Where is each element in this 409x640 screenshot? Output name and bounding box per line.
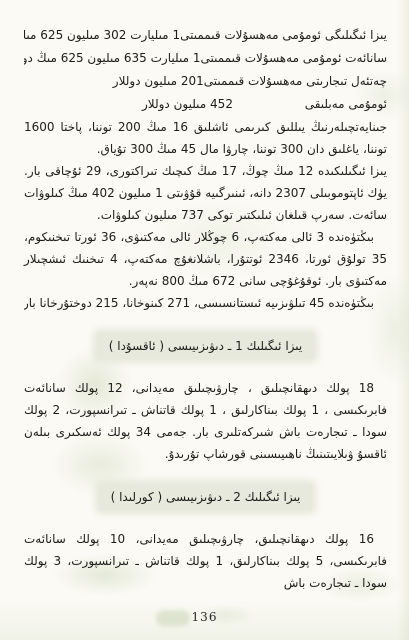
- stat-label: سانائەت ئومۇمى مەھسۇلات قىممىتى: [200, 47, 387, 70]
- stat-value: 1 مىليارت 635 مىليون 625 مىڭ دوللار: [24, 47, 200, 70]
- stat-label: چەتئەل تىجارىتى مەھسۇلات قىممىتى: [204, 70, 387, 93]
- paragraph-division-2: 16 پولك دىھقانچىلىق، چارۋىچىلىق مەيدانى،…: [24, 528, 387, 594]
- stat-row-agriculture-output: يىزا ئىگىلىگى ئومۇمى مەھسۇلات قىممىتى 1 …: [24, 24, 387, 47]
- stat-label: ئومۇمى مەبلىقى: [305, 93, 387, 116]
- stat-row-industry-output: سانائەت ئومۇمى مەھسۇلات قىممىتى 1 مىليار…: [24, 47, 387, 70]
- paragraph-machinery: يىزا ئىگىلىكىدە 12 مىڭ چوڭ، 17 مىڭ كىچىك…: [24, 160, 387, 226]
- section-heading-row: يىزا ئىگىلىك 1 ـ دىۋىزىيىسى ( ئاقسۇدا ): [24, 333, 387, 359]
- scanned-book-page: يىزا ئىگىلىگى ئومۇمى مەھسۇلات قىممىتى 1 …: [0, 0, 409, 640]
- page-number: 136: [0, 610, 409, 624]
- section-heading-division-2: يىزا ئىگىلىك 2 ـ دىۋىزىيىسى ( كورلىدا ): [99, 484, 313, 510]
- paragraph-education: بىڭتۈەندە 3 ئالى مەكتەپ، 6 چوڭلار ئالى م…: [24, 226, 387, 292]
- stat-label: يىزا ئىگىلىگى ئومۇمى مەھسۇلات قىممىتى: [180, 24, 387, 47]
- paragraph-prisoner-income: جىنايەتچىلەرنىڭ يىللىق كىرىمى ئاشلىق 16 …: [24, 116, 387, 160]
- section-heading-division-1: يىزا ئىگىلىك 1 ـ دىۋىزىيىسى ( ئاقسۇدا ): [97, 333, 315, 359]
- stat-row-foreign-trade: چەتئەل تىجارىتى مەھسۇلات قىممىتى 201 مىل…: [24, 70, 387, 93]
- stat-value: 201 مىليون دوللار: [113, 70, 204, 93]
- stat-value: 1 مىليارت 302 مىليون 625 مىڭ دوللار: [24, 24, 180, 47]
- statistics-block: يىزا ئىگىلىگى ئومۇمى مەھسۇلات قىممىتى 1 …: [24, 24, 387, 116]
- paragraph-media-hospitals: بىڭتۈەندە 45 تىلۋىزىيە ئىستانسىسى، 271 ك…: [24, 292, 387, 314]
- stat-value: 452 مىليون دوللار: [142, 93, 233, 116]
- paragraph-division-1: 18 پولك دىھقانچىلىق ، چارۋىچىلىق مەيدانى…: [24, 377, 387, 465]
- page-content: يىزا ئىگىلىگى ئومۇمى مەھسۇلات قىممىتى 1 …: [24, 24, 387, 594]
- section-heading-row: يىزا ئىگىلىك 2 ـ دىۋىزىيىسى ( كورلىدا ): [24, 484, 387, 510]
- stat-row-total-funds: ئومۇمى مەبلىقى 452 مىليون دوللار: [24, 93, 387, 116]
